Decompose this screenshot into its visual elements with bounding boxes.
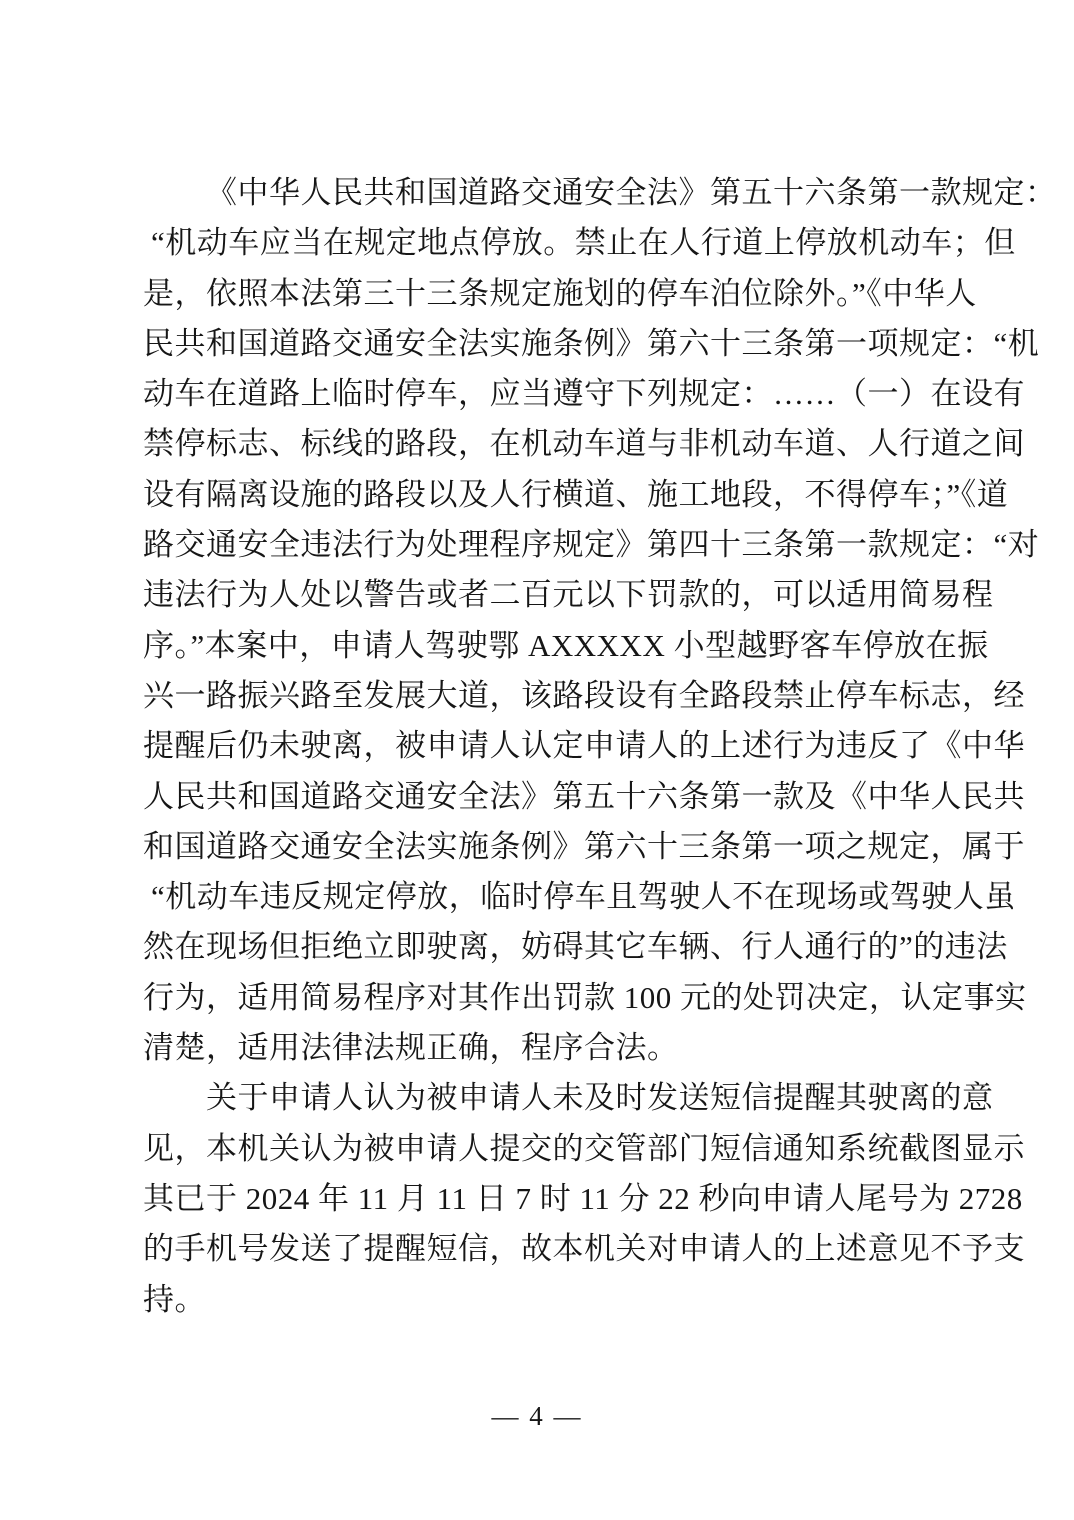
text-line: 路交通安全违法行为处理程序规定》第四十三条第一款规定：“对 [143, 520, 945, 570]
text-line: 然在现场但拒绝立即驶离，妨碍其它车辆、行人通行的”的违法 [143, 922, 945, 972]
text-line: 提醒后仍未驶离，被申请人认定申请人的上述行为违反了《中华 [143, 721, 945, 771]
text-line: “机动车应当在规定地点停放。禁止在人行道上停放机动车；但 [143, 218, 945, 268]
page-number: — 4 — [0, 1398, 1074, 1434]
text-line: 的手机号发送了提醒短信，故本机关对申请人的上述意见不予支 [143, 1224, 945, 1274]
text-line: 民共和国道路交通安全法实施条例》第六十三条第一项规定：“机 [143, 319, 945, 369]
document-body: 《中华人民共和国道路交通安全法》第五十六条第一款规定：“机动车应当在规定地点停放… [143, 168, 945, 1325]
text-line: 清楚，适用法律法规正确，程序合法。 [143, 1023, 945, 1073]
text-line: 动车在道路上临时停车，应当遵守下列规定：……（一）在设有 [143, 369, 945, 419]
text-line: 兴一路振兴路至发展大道，该路段设有全路段禁止停车标志，经 [143, 671, 945, 721]
text-line: 禁停标志、标线的路段，在机动车道与非机动车道、人行道之间 [143, 419, 945, 469]
text-line: 序。”本案中，申请人驾驶鄂 AXXXXX 小型越野客车停放在振 [143, 621, 945, 671]
document-page: 《中华人民共和国道路交通安全法》第五十六条第一款规定：“机动车应当在规定地点停放… [0, 0, 1074, 1520]
text-line: 见，本机关认为被申请人提交的交管部门短信通知系统截图显示 [143, 1124, 945, 1174]
text-line: 违法行为人处以警告或者二百元以下罚款的，可以适用简易程 [143, 570, 945, 620]
text-line: “机动车违反规定停放，临时停车且驾驶人不在现场或驾驶人虽 [143, 872, 945, 922]
text-line: 设有隔离设施的路段以及人行横道、施工地段，不得停车；”《道 [143, 470, 945, 520]
text-line: 人民共和国道路交通安全法》第五十六条第一款及《中华人民共 [143, 772, 945, 822]
text-line: 其已于 2024 年 11 月 11 日 7 时 11 分 22 秒向申请人尾号… [143, 1174, 945, 1224]
text-line: 关于申请人认为被申请人未及时发送短信提醒其驶离的意 [143, 1073, 945, 1123]
text-line: 持。 [143, 1275, 945, 1325]
text-line: 《中华人民共和国道路交通安全法》第五十六条第一款规定： [143, 168, 945, 218]
text-line: 和国道路交通安全法实施条例》第六十三条第一项之规定，属于 [143, 822, 945, 872]
text-line: 是，依照本法第三十三条规定施划的停车泊位除外。”《中华人 [143, 269, 945, 319]
text-line: 行为，适用简易程序对其作出罚款 100 元的处罚决定，认定事实 [143, 973, 945, 1023]
